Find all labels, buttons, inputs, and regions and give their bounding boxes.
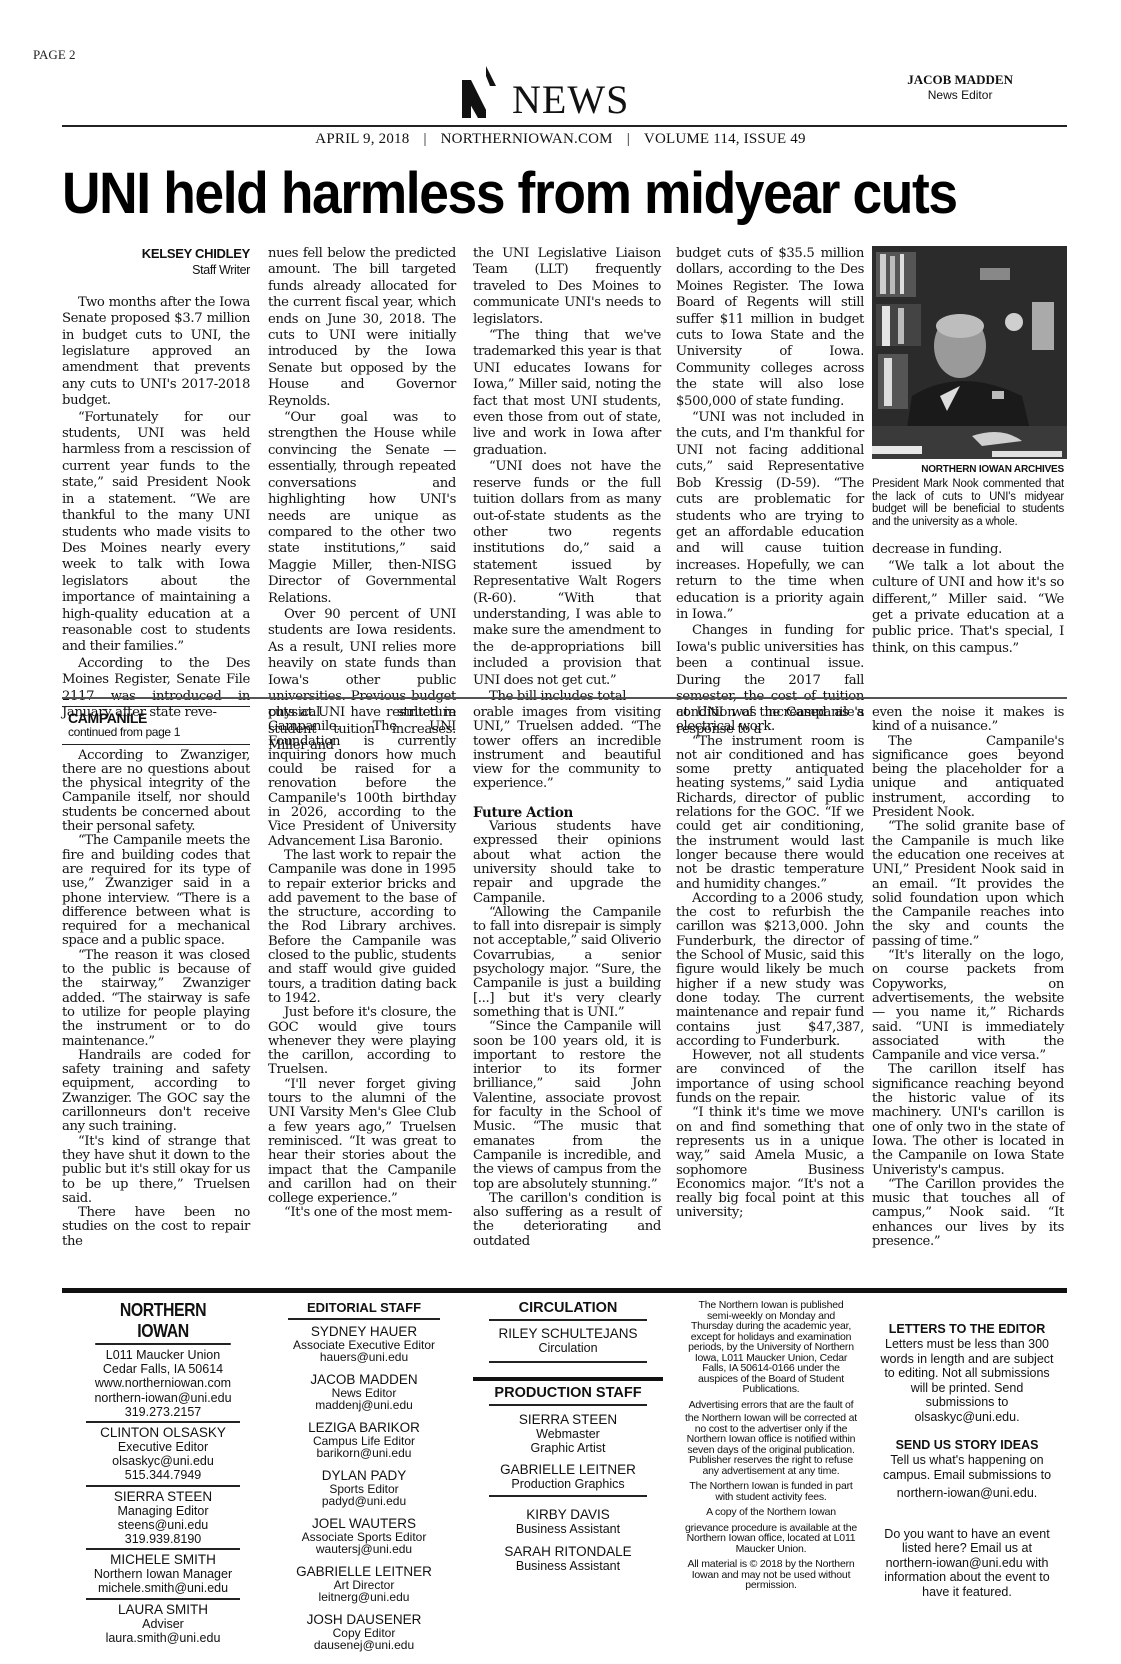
website-link[interactable]: NORTHERNIOWAN.COM [441,131,613,147]
paragraph: “The solid granite base of the Campanile… [872,820,1064,949]
staff-email[interactable]: maddenj@uni.edu [288,1399,440,1411]
divider [489,1361,647,1363]
editorial-staff-title: EDITORIAL STAFF [288,1300,440,1320]
staff-email[interactable]: steens@uni.edu [86,1518,240,1532]
paragraph: “It's kind of strange that they have shu… [62,1135,250,1206]
paragraph: However, not all students are convinced … [676,1049,864,1106]
story-ideas-email[interactable]: northern-iowan@uni.edu. [877,1486,1057,1501]
divider [86,1421,240,1423]
paragraph: “It's one of the most mem- [268,1206,456,1220]
staff-role: Adviser [86,1617,240,1631]
paragraph: nues fell below the predicted amount. Th… [268,246,456,410]
paragraph: “Fortunately for our students, UNI was h… [62,410,250,656]
campanile-column-3: orable images from visiting UNI,” Truels… [473,706,661,1249]
website-link[interactable]: www.northerniowan.com [86,1376,240,1390]
editor-title: News Editor [907,88,1013,102]
paragraph: According to a 2006 study, the cost to r… [676,892,864,1049]
article-column-5: NORTHERN IOWAN ARCHIVES President Mark N… [872,246,1064,657]
nameplate-box: NORTHERN IOWAN L011 Maucker Union Cedar … [86,1300,240,1645]
staff-name: DYLAN PADY [288,1468,440,1483]
article-column-3: the UNI Legislative Liaison Team (LLT) f… [473,246,661,705]
paragraph: Two months after the Iowa Senate propose… [62,295,250,410]
staff-entry: LEZIGA BARIKOR Campus Life Editor bariko… [288,1420,440,1459]
email-link[interactable]: northern-iowan@uni.edu [86,1391,240,1405]
staff-name: RILEY SCHULTEJANS [473,1326,663,1341]
paragraph: The carillon's condition is also sufferi… [473,1192,661,1249]
section-title: NEWS [512,82,629,118]
staff-email[interactable]: barikorn@uni.edu [288,1447,440,1459]
dateline-separator: | [627,131,630,148]
paragraph: budget cuts of $35.5 million dollars, ac… [676,246,864,410]
page-label: PAGE 2 [33,47,76,63]
jump-continued-link[interactable]: continued from page 1 [68,725,246,739]
paragraph: decrease in funding. [872,542,1064,558]
staff-entry: GABRIELLE LEITNER Art Director leitnerg@… [288,1564,440,1603]
staff-name: GABRIELLE LEITNER [473,1462,663,1477]
divider [86,1598,240,1600]
staff-entry: JOEL WAUTERS Associate Sports Editor wau… [288,1516,440,1555]
staff-name: SARAH RITONDALE [473,1544,663,1559]
staff-email[interactable]: dausenej@uni.edu [288,1639,440,1651]
phone-number: 319.273.2157 [86,1405,240,1419]
staff-email[interactable]: hauers@uni.edu [288,1351,440,1363]
staff-email[interactable]: padyd@uni.edu [288,1495,440,1507]
staff-email[interactable]: michele.smith@uni.edu [86,1581,240,1595]
staff-name: SYDNEY HAUER [288,1324,440,1339]
campanile-column-5: even the noise it makes is kind of a nui… [872,706,1064,1249]
staff-name: LEZIGA BARIKOR [288,1420,440,1435]
staff-name: KIRBY DAVIS [473,1507,663,1522]
staff-name: JOEL WAUTERS [288,1516,440,1531]
staff-box-rule [62,1288,1067,1293]
paragraph: orable images from visiting UNI,” Truels… [473,706,661,792]
issue-date: APRIL 9, 2018 [315,131,409,147]
staff-role: Webmaster [473,1427,663,1441]
staff-name: LAURA SMITH [86,1602,240,1617]
staff-name: JACOB MADDEN [288,1372,440,1387]
paragraph: Just before it's closure, the GOC would … [268,1006,456,1077]
divider [489,1495,647,1497]
photo-credit: NORTHERN IOWAN ARCHIVES [872,462,1064,478]
campanile-column-2: physical structure Campanile. The UNI Fo… [268,706,456,1221]
staff-role: Business Assistant [473,1559,663,1573]
divider [86,1485,240,1487]
article-column-2: nues fell below the predicted amount. Th… [268,246,456,755]
byline: KELSEY CHIDLEY Staff Writer [62,246,250,279]
legal-text: Advertising errors that are the fault of [685,1400,857,1411]
legal-text: The Northern Iowan is published semi-wee… [685,1300,857,1395]
dateline-separator: | [423,131,426,148]
paragraph: “UNI does not have the reserve funds or … [473,459,661,689]
paragraph: Handrails are coded for safety training … [62,1049,250,1135]
dateline: APRIL 9, 2018|NORTHERNIOWAN.COM|VOLUME 1… [0,131,1121,148]
issue-volume: VOLUME 114, ISSUE 49 [644,131,806,147]
editor-name: JACOB MADDEN [907,72,1013,88]
paragraph: The last work to repair the Campanile wa… [268,849,456,1006]
contact-info-box: LETTERS TO THE EDITOR Letters must be le… [877,1322,1057,1599]
story-ideas-body: Tell us what's happening on campus. Emai… [877,1453,1057,1482]
staff-name: SIERRA STEEN [86,1489,240,1504]
legal-text: the Northern Iowan will be corrected at … [685,1413,857,1476]
paragraph: “It's literally on the logo, on course p… [872,949,1064,1063]
events-body: Do you want to have an event listed here… [877,1527,1057,1600]
production-staff-title: PRODUCTION STAFF [489,1385,647,1406]
staff-phone: 515.344.7949 [86,1468,240,1482]
editorial-staff-box: EDITORIAL STAFF SYDNEY HAUER Associate E… [288,1300,440,1660]
jump-header: CAMPANILE continued from page 1 [62,706,250,745]
staff-role: Production Graphics [473,1477,663,1491]
circulation-production-box: CIRCULATION RILEY SCHULTEJANS Circulatio… [473,1300,663,1573]
staff-name: MICHELE SMITH [86,1552,240,1567]
paragraph: “I'll never forget giving tours to the a… [268,1078,456,1207]
circulation-title: CIRCULATION [489,1300,647,1321]
paragraph: “Allowing the Campanile to fall into dis… [473,906,661,1020]
staff-role: Managing Editor [86,1504,240,1518]
divider [86,1548,240,1550]
northern-iowan-logo-icon [462,66,502,118]
header-rule [62,125,1067,127]
staff-role: Business Assistant [473,1522,663,1536]
nameplate-title: NORTHERN IOWAN [95,1300,231,1345]
paragraph: “Our goal was to strengthen the House wh… [268,410,456,607]
byline-role: Staff Writer [62,262,250,278]
staff-role: Graphic Artist [473,1441,663,1455]
paragraph: There have been no studies on the cost t… [62,1206,250,1249]
article-column-1: KELSEY CHIDLEY Staff Writer Two months a… [62,246,250,721]
story-divider [62,697,1067,699]
article-body: KELSEY CHIDLEY Staff Writer Two months a… [62,246,1062,674]
jump-title: CAMPANILE [68,711,246,725]
article-headline: UNI held harmless from midyear cuts [62,160,982,227]
staff-email[interactable]: wautersj@uni.edu [288,1543,440,1555]
staff-email[interactable]: leitnerg@uni.edu [288,1591,440,1603]
paragraph: “The instrument room is not air conditio… [676,735,864,892]
paragraph: Various students have expressed their op… [473,820,661,906]
paragraph: The carillon itself has significance rea… [872,1063,1064,1177]
divider [473,1377,663,1381]
campanile-story: CAMPANILE continued from page 1 Accordin… [62,706,1062,1284]
letters-body: Letters must be less than 300 words in l… [877,1337,1057,1424]
staff-entry: SYDNEY HAUER Associate Executive Editor … [288,1324,440,1363]
subhead-future-action: Future Action [473,806,661,820]
staff-entry: JACOB MADDEN News Editor maddenj@uni.edu [288,1372,440,1411]
address-line: L011 Maucker Union [86,1348,240,1362]
legal-text: A copy of the Northern Iowan [685,1507,857,1518]
publication-info: The Northern Iowan is published semi-wee… [685,1300,857,1596]
paragraph: “The Campanile meets the fire and buildi… [62,834,250,948]
section-editor: JACOB MADDEN News Editor [907,72,1013,102]
president-nook-photo [872,246,1067,459]
staff-email[interactable]: olsaskyc@uni.edu [86,1454,240,1468]
photo-caption: President Mark Nook commented that the l… [872,478,1064,528]
paragraph: condition of the Campanile's electrical … [676,706,864,735]
staff-role: Executive Editor [86,1440,240,1454]
campanile-column-1: CAMPANILE continued from page 1 Accordin… [62,706,250,1249]
byline-name: KELSEY CHIDLEY [62,246,250,262]
legal-text: The Northern Iowan is funded in part wit… [685,1481,857,1502]
paragraph: “The reason it was closed to the public … [62,949,250,1049]
staff-role: Northern Iowan Manager [86,1567,240,1581]
section-masthead: NEWS [462,66,629,118]
paragraph: “UNI was not included in the cuts, and I… [676,410,864,623]
staff-phone: 319.939.8190 [86,1532,240,1546]
staff-name: JOSH DAUSENER [288,1612,440,1627]
story-ideas-title: SEND US STORY IDEAS [877,1438,1057,1452]
paragraph: The Campanile's significance goes beyond… [872,735,1064,821]
staff-entry: JOSH DAUSENER Copy Editor dausenej@uni.e… [288,1612,440,1651]
staff-name: SIERRA STEEN [473,1412,663,1427]
paragraph: “We talk a lot about the culture of UNI … [872,559,1064,657]
paragraph: According to Zwanziger, there are no que… [62,749,250,835]
campanile-column-4: condition of the Campanile's electrical … [676,706,864,1221]
staff-role: Circulation [473,1341,663,1355]
paragraph: “Since the Campanile will soon be 100 ye… [473,1020,661,1192]
paragraph: the UNI Legislative Liaison Team (LLT) f… [473,246,661,328]
legal-text: All material is © 2018 by the Northern I… [685,1559,857,1591]
paragraph: even the noise it makes is kind of a nui… [872,706,1064,735]
paragraph: “I think it's time we move on and find s… [676,1106,864,1220]
staff-name: GABRIELLE LEITNER [288,1564,440,1579]
paragraph: “The Carillon provides the music that to… [872,1178,1064,1249]
staff-name: CLINTON OLSASKY [86,1425,240,1440]
paragraph: physical structure Campanile. The UNI Fo… [268,706,456,849]
staff-email[interactable]: laura.smith@uni.edu [86,1631,240,1645]
paragraph: “The thing that we've trademarked this y… [473,328,661,459]
staff-entry: DYLAN PADY Sports Editor padyd@uni.edu [288,1468,440,1507]
address-line: Cedar Falls, IA 50614 [86,1362,240,1376]
legal-text: grievance procedure is available at the … [685,1523,857,1555]
article-column-4: budget cuts of $35.5 million dollars, ac… [676,246,864,738]
letters-title: LETTERS TO THE EDITOR [877,1322,1057,1336]
